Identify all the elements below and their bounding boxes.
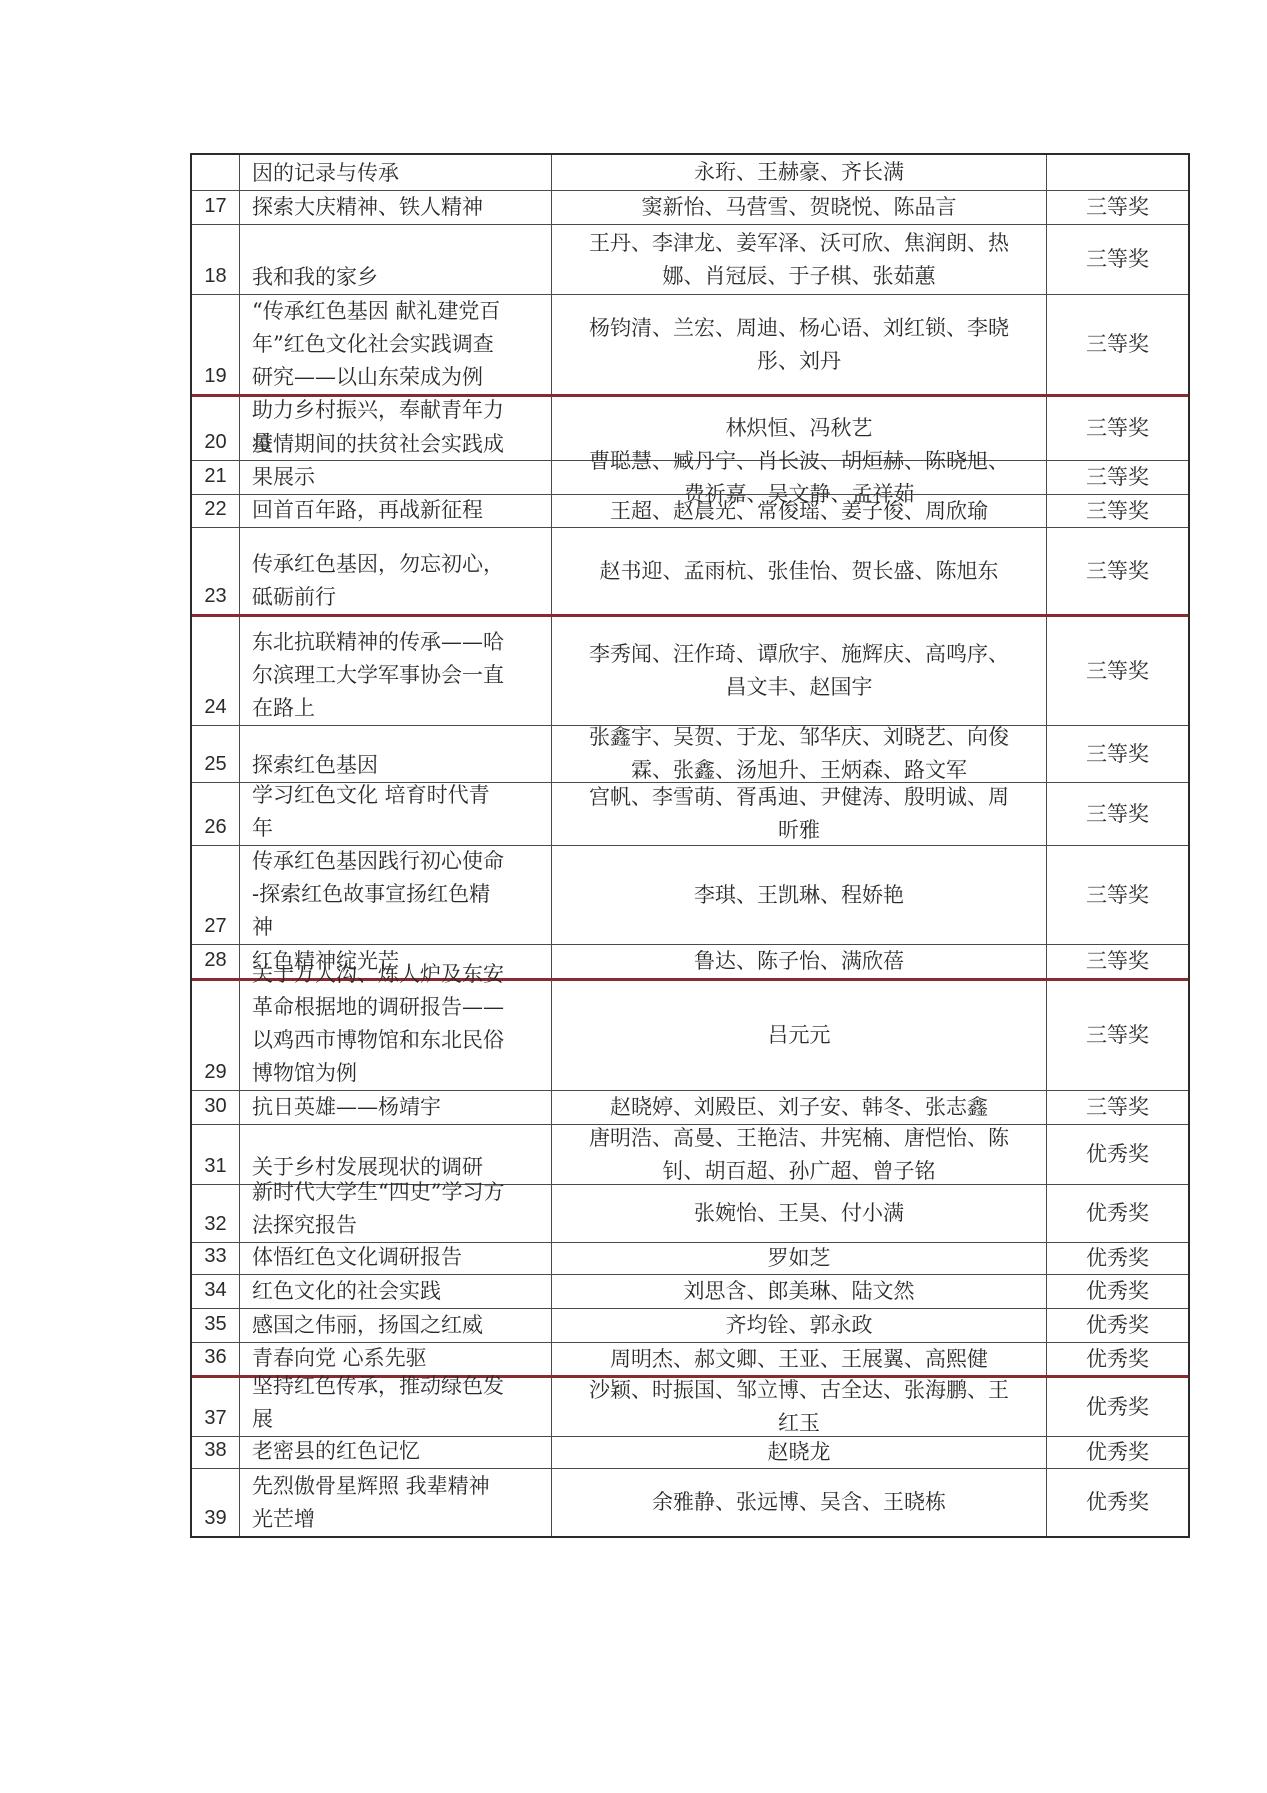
- table-row: 23 传承红色基因，勿忘初心， 砥砺前行 赵书迎、孟雨杭、张佳怡、贺长盛、陈旭东…: [192, 527, 1188, 614]
- team-members: 杨钧清、兰宏、周迪、杨心语、刘红锁、李晓 彤、刘丹: [551, 295, 1046, 394]
- members-text: 唐明浩、高曼、王艳洁、井宪楠、唐恺怡、陈 钊、胡百超、孙广超、曾子铭: [589, 1122, 1009, 1188]
- title-text: 抗日英雄——杨靖宇: [252, 1091, 441, 1124]
- award-level: 三等奖: [1046, 295, 1188, 394]
- award-text: 三等奖: [1086, 738, 1149, 771]
- project-title: 先烈傲骨星辉照 我辈精神 光芒增: [239, 1469, 551, 1536]
- award-level: 三等奖: [1046, 397, 1188, 460]
- members-text: 宫帆、李雪萌、胥禹迪、尹健涛、殷明诚、周 昕雅: [589, 781, 1009, 847]
- row-number: 29: [192, 981, 239, 1090]
- row-number: 25: [192, 726, 239, 782]
- row-number-text: 31: [204, 1150, 226, 1183]
- award-level: 优秀奖: [1046, 1309, 1188, 1342]
- members-text: 赵书迎、孟雨杭、张佳怡、贺长盛、陈旭东: [600, 555, 999, 588]
- row-number: 37: [192, 1378, 239, 1436]
- award-level: 三等奖: [1046, 783, 1188, 845]
- team-members: 余雅静、张远博、吴含、王晓栋: [551, 1469, 1046, 1536]
- project-title: 学习红色文化 培育时代青 年: [239, 783, 551, 845]
- award-text: 优秀奖: [1086, 1242, 1149, 1275]
- award-text: 三等奖: [1086, 879, 1149, 912]
- award-level: 三等奖: [1046, 1091, 1188, 1124]
- members-text: 窦新怡、马营雪、贺晓悦、陈品言: [642, 191, 957, 224]
- awards-table: 因的记录与传承 永珩、王赫豪、齐长满 17 探索大庆精神、铁人精神 窦新怡、马营…: [190, 153, 1190, 1538]
- award-text: 三等奖: [1086, 243, 1149, 276]
- award-text: 三等奖: [1086, 555, 1149, 588]
- award-text: 优秀奖: [1086, 1309, 1149, 1342]
- table-row: 21 疫情期间的扶贫社会实践成 果展示 曹聪慧、臧丹宁、肖长波、胡烜赫、陈晓旭、…: [192, 460, 1188, 494]
- award-text: 优秀奖: [1086, 1343, 1149, 1376]
- project-title: 体悟红色文化调研报告: [239, 1243, 551, 1274]
- title-text: 疫情期间的扶贫社会实践成 果展示: [252, 428, 504, 494]
- table-row: 因的记录与传承 永珩、王赫豪、齐长满: [192, 155, 1188, 190]
- project-title: 感国之伟丽，扬国之红威: [239, 1309, 551, 1342]
- team-members: 窦新怡、马营雪、贺晓悦、陈品言: [551, 191, 1046, 224]
- title-text: 感国之伟丽，扬国之红威: [252, 1309, 483, 1342]
- row-number: 34: [192, 1275, 239, 1308]
- row-number-text: 35: [204, 1308, 226, 1341]
- title-text: “传承红色基因 献礼建党百 年”红色文化社会实践调查 研究——以山东荣成为例: [252, 295, 500, 394]
- row-number: 18: [192, 225, 239, 294]
- row-number: 20: [192, 397, 239, 460]
- award-text: 优秀奖: [1086, 1436, 1149, 1469]
- table-row: 31 关于乡村发展现状的调研 唐明浩、高曼、王艳洁、井宪楠、唐恺怡、陈 钊、胡百…: [192, 1124, 1188, 1184]
- team-members: 罗如芝: [551, 1243, 1046, 1274]
- award-level: 三等奖: [1046, 495, 1188, 527]
- table-row: 33 体悟红色文化调研报告 罗如芝 优秀奖: [192, 1242, 1188, 1274]
- title-text: 体悟红色文化调研报告: [252, 1241, 462, 1274]
- members-text: 刘思含、郎美琳、陆文然: [684, 1275, 915, 1308]
- row-number-text: 37: [204, 1402, 226, 1435]
- table-row: 37 坚持红色传承，推动绿色发 展 沙颖、时振国、邹立博、古全达、张海鹏、王 红…: [192, 1375, 1188, 1436]
- title-text: 学习红色文化 培育时代青 年: [252, 779, 490, 845]
- award-level: 优秀奖: [1046, 1243, 1188, 1274]
- row-number-text: 22: [204, 493, 226, 526]
- row-number: 39: [192, 1469, 239, 1536]
- table-row: 29 关于万人沟、炼人炉及东安 革命根据地的调研报告—— 以鸡西市博物馆和东北民…: [192, 978, 1188, 1090]
- team-members: 齐均铨、郭永政: [551, 1309, 1046, 1342]
- members-text: 王超、赵晨光、常俊瑶、姜子俊、周欣瑜: [610, 495, 988, 528]
- row-number-text: 18: [204, 260, 226, 293]
- row-number-text: 30: [204, 1090, 226, 1123]
- row-number: 21: [192, 461, 239, 494]
- title-text: 传承红色基因，勿忘初心， 砥砺前行: [252, 548, 504, 614]
- title-text: 传承红色基因践行初心使命 -探索红色故事宣扬红色精 神: [252, 845, 504, 944]
- row-number-text: 26: [204, 811, 226, 844]
- team-members: 刘思含、郎美琳、陆文然: [551, 1275, 1046, 1308]
- project-title: 老密县的红色记忆: [239, 1437, 551, 1468]
- row-number-text: 23: [204, 580, 226, 613]
- members-text: 赵晓龙: [768, 1436, 831, 1469]
- project-title: 因的记录与传承: [239, 155, 551, 190]
- award-text: 三等奖: [1086, 412, 1149, 445]
- members-text: 鲁达、陈子怡、满欣蓓: [694, 945, 904, 978]
- row-number: 27: [192, 846, 239, 944]
- row-number: [192, 155, 239, 190]
- table-row: 18 我和我的家乡 王丹、李津龙、姜军泽、沃可欣、焦润朗、热 娜、肖冠辰、于子棋…: [192, 224, 1188, 294]
- award-level: 优秀奖: [1046, 1343, 1188, 1375]
- title-text: 红色文化的社会实践: [252, 1275, 441, 1308]
- row-number: 33: [192, 1243, 239, 1274]
- team-members: 李琪、王凯琳、程娇艳: [551, 846, 1046, 944]
- team-members: 李秀闻、汪作琦、谭欣宇、施辉庆、高鸣序、 昌文丰、赵国宇: [551, 617, 1046, 725]
- team-members: 张鑫宇、吴贺、于龙、邹华庆、刘晓艺、向俊 霖、张鑫、汤旭升、王炳森、路文军: [551, 726, 1046, 782]
- team-members: 赵晓婷、刘殿臣、刘子安、韩冬、张志鑫: [551, 1091, 1046, 1124]
- award-level: 优秀奖: [1046, 1469, 1188, 1536]
- row-number-text: 36: [204, 1341, 226, 1374]
- row-number-text: 39: [204, 1502, 226, 1535]
- members-text: 吕元元: [768, 1019, 831, 1052]
- award-text: 优秀奖: [1086, 1197, 1149, 1230]
- table-row: 27 传承红色基因践行初心使命 -探索红色故事宣扬红色精 神 李琪、王凯琳、程娇…: [192, 845, 1188, 944]
- table-row: 26 学习红色文化 培育时代青 年 宫帆、李雪萌、胥禹迪、尹健涛、殷明诚、周 昕…: [192, 782, 1188, 845]
- award-level: 优秀奖: [1046, 1378, 1188, 1436]
- award-level: [1046, 155, 1188, 190]
- row-number-text: 21: [204, 460, 226, 493]
- team-members: 宫帆、李雪萌、胥禹迪、尹健涛、殷明诚、周 昕雅: [551, 783, 1046, 845]
- table-row: 32 新时代大学生“四史”学习方 法探究报告 张婉怡、王昊、付小满 优秀奖: [192, 1184, 1188, 1242]
- title-text: 新时代大学生“四史”学习方 法探究报告: [252, 1176, 504, 1242]
- project-title: 探索大庆精神、铁人精神: [239, 191, 551, 224]
- team-members: 张婉怡、王昊、付小满: [551, 1185, 1046, 1242]
- award-text: 三等奖: [1086, 461, 1149, 494]
- project-title: 红色文化的社会实践: [239, 1275, 551, 1308]
- table-row: 30 抗日英雄——杨靖宇 赵晓婷、刘殿臣、刘子安、韩冬、张志鑫 三等奖: [192, 1090, 1188, 1124]
- project-title: 坚持红色传承，推动绿色发 展: [239, 1378, 551, 1436]
- project-title: 传承红色基因，勿忘初心， 砥砺前行: [239, 528, 551, 614]
- award-level: 三等奖: [1046, 726, 1188, 782]
- award-level: 三等奖: [1046, 945, 1188, 978]
- row-number: 35: [192, 1309, 239, 1342]
- award-text: 三等奖: [1086, 191, 1149, 224]
- row-number-text: 34: [204, 1274, 226, 1307]
- award-level: 三等奖: [1046, 528, 1188, 614]
- team-members: 吕元元: [551, 981, 1046, 1090]
- award-level: 三等奖: [1046, 461, 1188, 494]
- members-text: 余雅静、张远博、吴含、王晓栋: [652, 1486, 946, 1519]
- row-number-text: 29: [204, 1056, 226, 1089]
- award-level: 优秀奖: [1046, 1125, 1188, 1184]
- award-level: 三等奖: [1046, 981, 1188, 1090]
- title-text: 我和我的家乡: [252, 261, 378, 294]
- row-number: 19: [192, 295, 239, 394]
- table-row: 17 探索大庆精神、铁人精神 窦新怡、马营雪、贺晓悦、陈品言 三等奖: [192, 190, 1188, 224]
- row-number: 23: [192, 528, 239, 614]
- project-title: 回首百年路，再战新征程: [239, 495, 551, 527]
- members-text: 周明杰、郝文卿、王亚、王展翼、高熙健: [610, 1343, 988, 1376]
- team-members: 周明杰、郝文卿、王亚、王展翼、高熙健: [551, 1343, 1046, 1375]
- team-members: 赵书迎、孟雨杭、张佳怡、贺长盛、陈旭东: [551, 528, 1046, 614]
- project-title: 疫情期间的扶贫社会实践成 果展示: [239, 461, 551, 494]
- members-text: 王丹、李津龙、姜军泽、沃可欣、焦润朗、热 娜、肖冠辰、于子棋、张茹蕙: [589, 227, 1009, 293]
- row-number: 22: [192, 495, 239, 527]
- table-row: 24 东北抗联精神的传承——哈 尔滨理工大学军事协会一直 在路上 李秀闻、汪作琦…: [192, 614, 1188, 725]
- row-number: 31: [192, 1125, 239, 1184]
- table-row: 19 “传承红色基因 献礼建党百 年”红色文化社会实践调查 研究——以山东荣成为…: [192, 294, 1188, 394]
- row-number-text: 32: [204, 1208, 226, 1241]
- row-number-text: 33: [204, 1240, 226, 1273]
- table-row: 34 红色文化的社会实践 刘思含、郎美琳、陆文然 优秀奖: [192, 1274, 1188, 1308]
- row-number-text: 38: [204, 1434, 226, 1467]
- row-number: 36: [192, 1343, 239, 1375]
- award-text: 三等奖: [1086, 798, 1149, 831]
- row-number: 26: [192, 783, 239, 845]
- award-text: 三等奖: [1086, 328, 1149, 361]
- members-text: 杨钧清、兰宏、周迪、杨心语、刘红锁、李晓 彤、刘丹: [589, 312, 1009, 378]
- members-text: 沙颖、时振国、邹立博、古全达、张海鹏、王 红玉: [589, 1374, 1009, 1440]
- members-text: 罗如芝: [768, 1242, 831, 1275]
- row-number: 38: [192, 1437, 239, 1468]
- title-text: 回首百年路，再战新征程: [252, 494, 483, 527]
- award-text: 优秀奖: [1086, 1275, 1149, 1308]
- award-text: 优秀奖: [1086, 1486, 1149, 1519]
- row-number: 24: [192, 617, 239, 725]
- award-level: 三等奖: [1046, 617, 1188, 725]
- members-text: 张鑫宇、吴贺、于龙、邹华庆、刘晓艺、向俊 霖、张鑫、汤旭升、王炳森、路文军: [589, 721, 1009, 787]
- project-title: 传承红色基因践行初心使命 -探索红色故事宣扬红色精 神: [239, 846, 551, 944]
- project-title: 抗日英雄——杨靖宇: [239, 1091, 551, 1124]
- title-text: 探索红色基因: [252, 749, 378, 782]
- team-members: 王超、赵晨光、常俊瑶、姜子俊、周欣瑜: [551, 495, 1046, 527]
- members-text: 李琪、王凯琳、程娇艳: [694, 879, 904, 912]
- row-number: 32: [192, 1185, 239, 1242]
- title-text: 因的记录与传承: [252, 157, 399, 190]
- award-text: 优秀奖: [1086, 1391, 1149, 1424]
- title-text: 老密县的红色记忆: [252, 1435, 420, 1468]
- title-text: 探索大庆精神、铁人精神: [252, 191, 483, 224]
- team-members: 沙颖、时振国、邹立博、古全达、张海鹏、王 红玉: [551, 1378, 1046, 1436]
- table-row: 35 感国之伟丽，扬国之红威 齐均铨、郭永政 优秀奖: [192, 1308, 1188, 1342]
- row-number-text: 17: [204, 190, 226, 223]
- row-number-text: 28: [204, 944, 226, 977]
- table-row: 38 老密县的红色记忆 赵晓龙 优秀奖: [192, 1436, 1188, 1468]
- award-text: 三等奖: [1086, 655, 1149, 688]
- award-text: 三等奖: [1086, 1019, 1149, 1052]
- team-members: 王丹、李津龙、姜军泽、沃可欣、焦润朗、热 娜、肖冠辰、于子棋、张茹蕙: [551, 225, 1046, 294]
- members-text: 永珩、王赫豪、齐长满: [694, 156, 904, 189]
- team-members: 赵晓龙: [551, 1437, 1046, 1468]
- table-row: 22 回首百年路，再战新征程 王超、赵晨光、常俊瑶、姜子俊、周欣瑜 三等奖: [192, 494, 1188, 527]
- row-number-text: 20: [204, 426, 226, 459]
- award-level: 三等奖: [1046, 191, 1188, 224]
- row-number-text: 24: [204, 691, 226, 724]
- award-level: 三等奖: [1046, 225, 1188, 294]
- project-title: 探索红色基因: [239, 726, 551, 782]
- row-number-text: 27: [204, 910, 226, 943]
- members-text: 张婉怡、王昊、付小满: [694, 1197, 904, 1230]
- award-text: 三等奖: [1086, 1091, 1149, 1124]
- team-members: 鲁达、陈子怡、满欣蓓: [551, 945, 1046, 978]
- award-level: 优秀奖: [1046, 1185, 1188, 1242]
- table-row: 39 先烈傲骨星辉照 我辈精神 光芒增 余雅静、张远博、吴含、王晓栋 优秀奖: [192, 1468, 1188, 1536]
- project-title: 关于万人沟、炼人炉及东安 革命根据地的调研报告—— 以鸡西市博物馆和东北民俗 博…: [239, 981, 551, 1090]
- award-text: 三等奖: [1086, 495, 1149, 528]
- project-title: “传承红色基因 献礼建党百 年”红色文化社会实践调查 研究——以山东荣成为例: [239, 295, 551, 394]
- members-text: 李秀闻、汪作琦、谭欣宇、施辉庆、高鸣序、 昌文丰、赵国宇: [589, 638, 1009, 704]
- award-text: 三等奖: [1086, 945, 1149, 978]
- members-text: 齐均铨、郭永政: [726, 1309, 873, 1342]
- award-level: 三等奖: [1046, 846, 1188, 944]
- project-title: 新时代大学生“四史”学习方 法探究报告: [239, 1185, 551, 1242]
- row-number: 30: [192, 1091, 239, 1124]
- title-text: 先烈傲骨星辉照 我辈精神 光芒增: [252, 1470, 490, 1536]
- table-row: 25 探索红色基因 张鑫宇、吴贺、于龙、邹华庆、刘晓艺、向俊 霖、张鑫、汤旭升、…: [192, 725, 1188, 782]
- row-number-text: 25: [204, 748, 226, 781]
- award-level: 优秀奖: [1046, 1275, 1188, 1308]
- title-text: 东北抗联精神的传承——哈 尔滨理工大学军事协会一直 在路上: [252, 626, 504, 725]
- title-text: 关于万人沟、炼人炉及东安 革命根据地的调研报告—— 以鸡西市博物馆和东北民俗 博…: [252, 958, 504, 1090]
- project-title: 东北抗联精神的传承——哈 尔滨理工大学军事协会一直 在路上: [239, 617, 551, 725]
- members-text: 林炽恒、冯秋艺: [726, 412, 873, 445]
- award-level: 优秀奖: [1046, 1437, 1188, 1468]
- award-text: 优秀奖: [1086, 1138, 1149, 1171]
- row-number-text: 19: [204, 360, 226, 393]
- title-text: 坚持红色传承，推动绿色发 展: [252, 1370, 504, 1436]
- row-number: 28: [192, 945, 239, 978]
- project-title: 我和我的家乡: [239, 225, 551, 294]
- row-number: 17: [192, 191, 239, 224]
- team-members: 永珩、王赫豪、齐长满: [551, 155, 1046, 190]
- team-members: 曹聪慧、臧丹宁、肖长波、胡烜赫、陈晓旭、 费祈嘉、吴文静、孟祥茹: [551, 461, 1046, 494]
- members-text: 赵晓婷、刘殿臣、刘子安、韩冬、张志鑫: [610, 1091, 988, 1124]
- team-members: 唐明浩、高曼、王艳洁、井宪楠、唐恺怡、陈 钊、胡百超、孙广超、曾子铭: [551, 1125, 1046, 1184]
